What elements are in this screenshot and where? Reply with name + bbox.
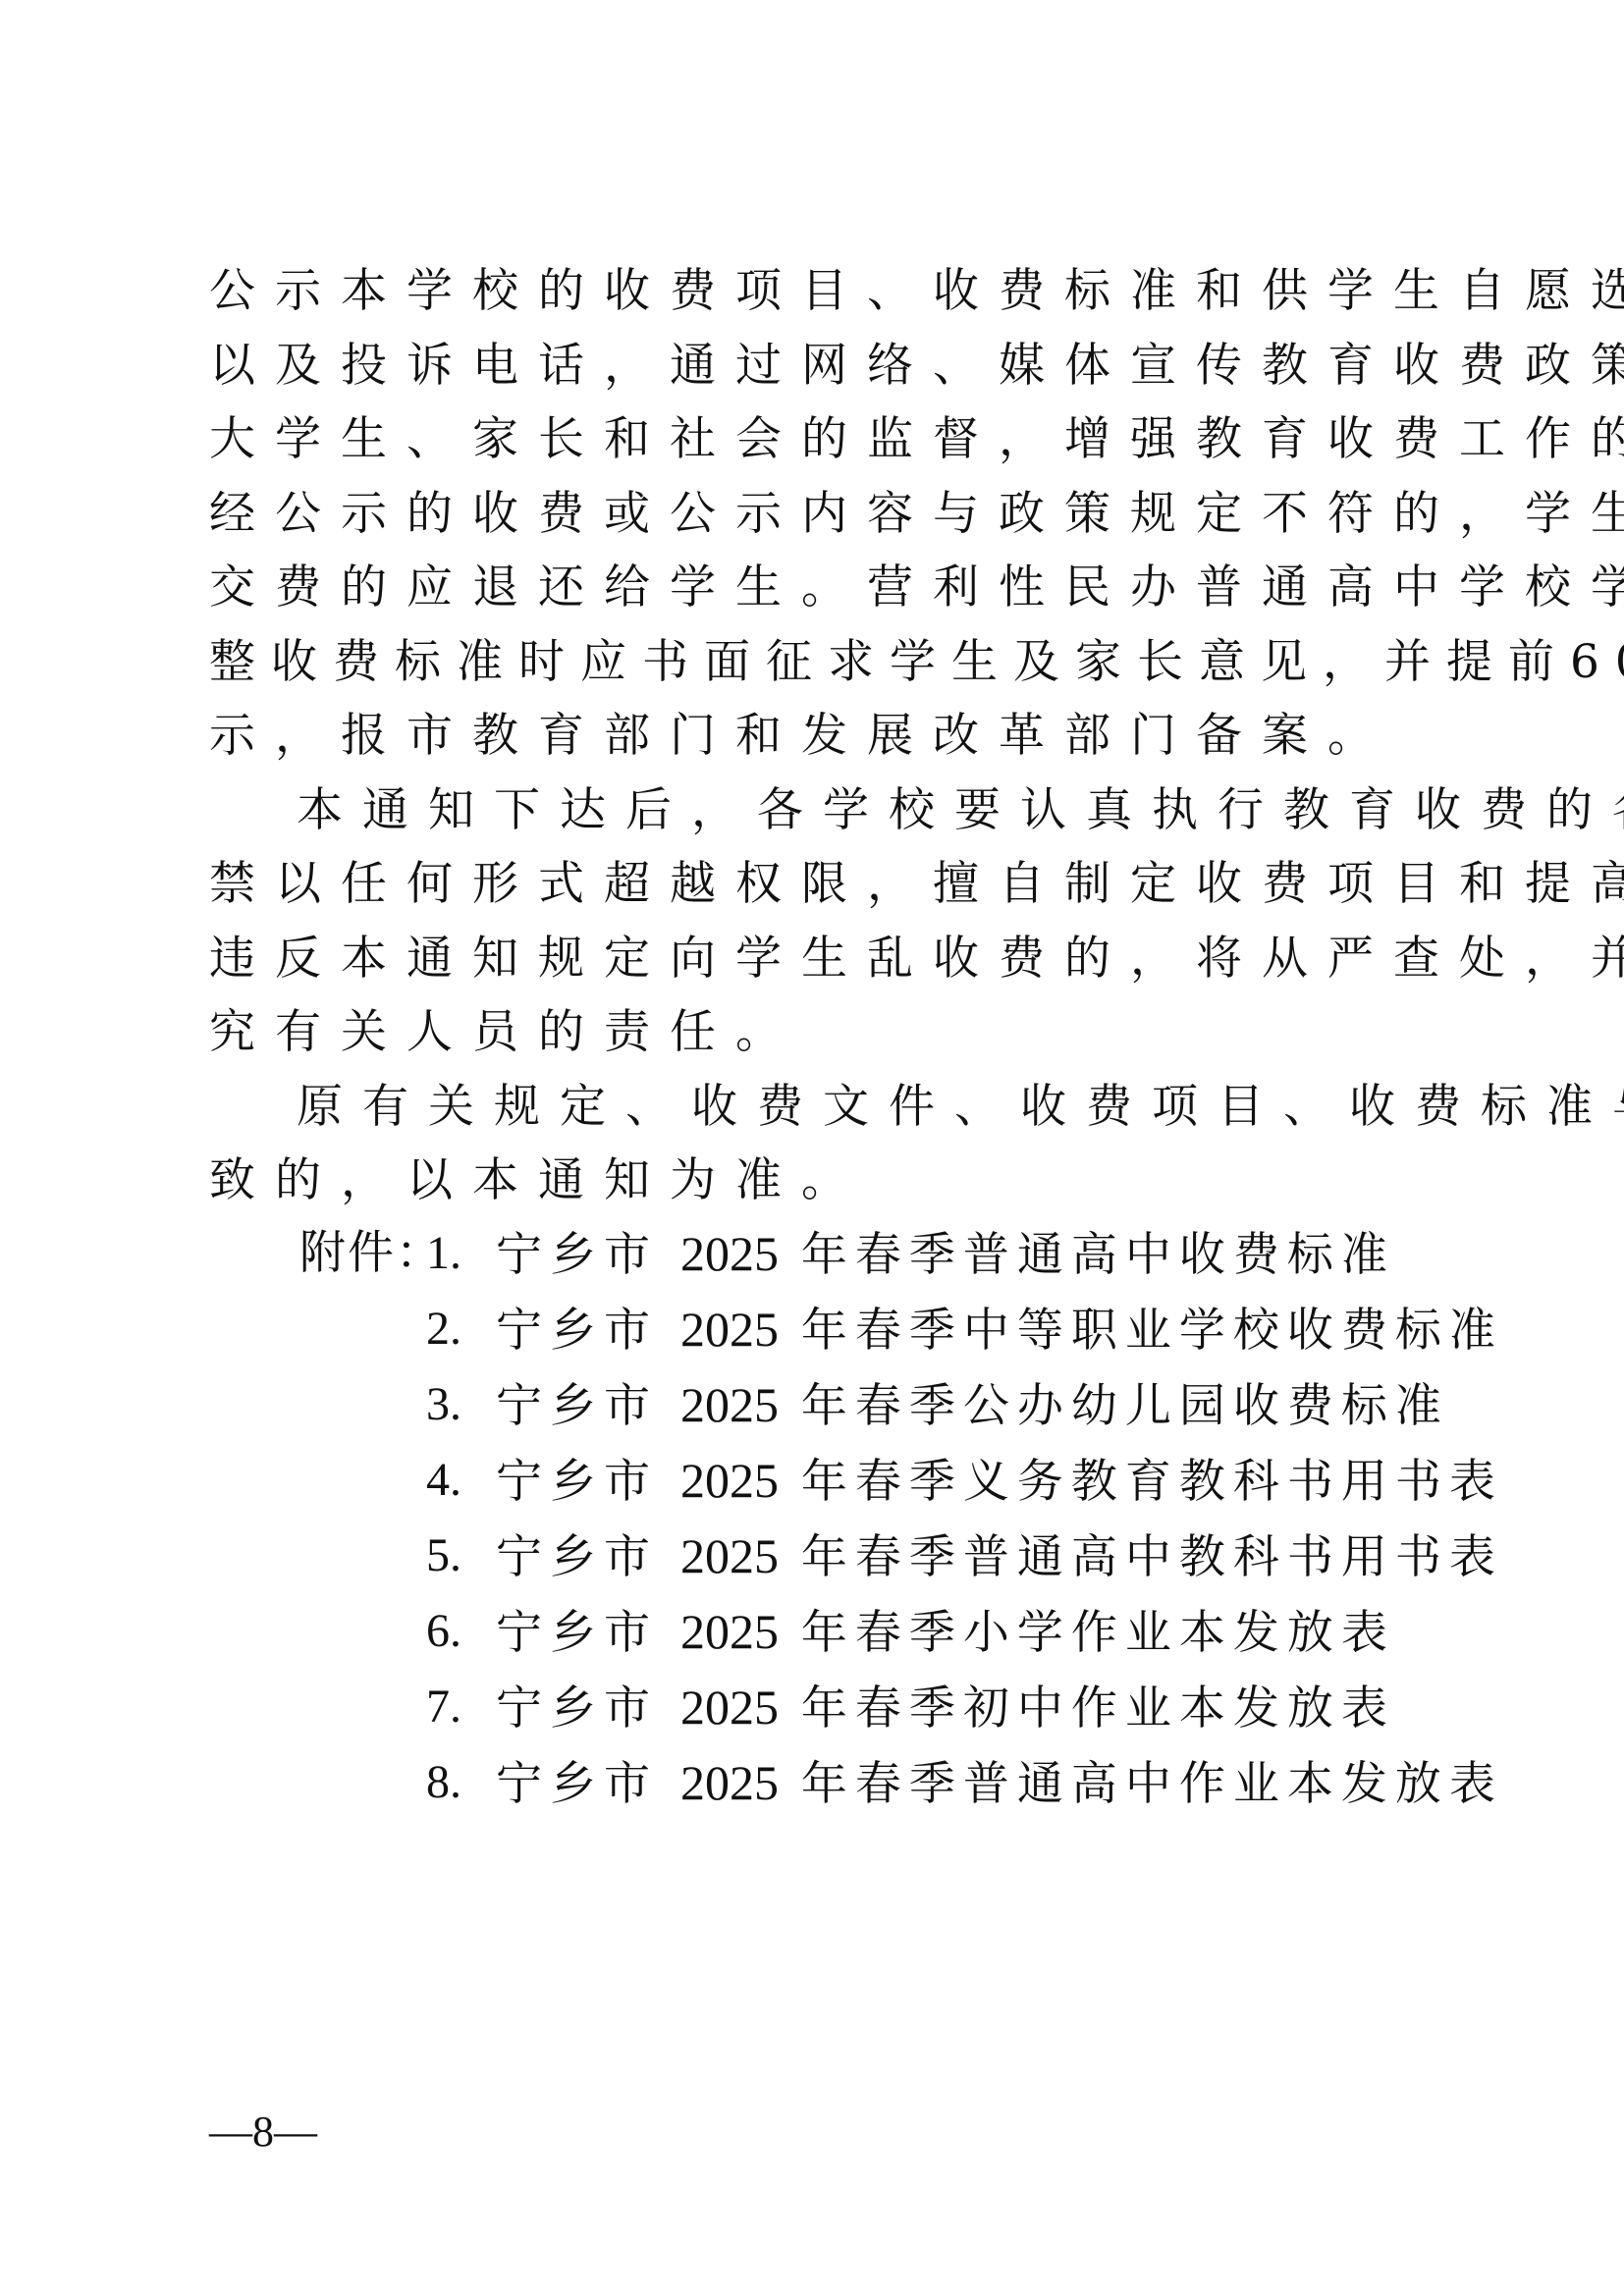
page-number: —8— [209,2108,317,2157]
paragraph-line: 致的，以本通知为准。 [209,1144,1417,1218]
paragraph-line: 本通知下达后，各学校要认真执行教育收费的各项政策，严 [297,774,1504,848]
document-page: 公示本学校的收费项目、收费标准和供学生自愿选择的收费项目 以及投诉电话，通过网络… [0,0,1624,2296]
annex-item-title: 宁乡市 2025 年春季公办幼儿园收费标准 [496,1367,1449,1442]
paragraph-line: 究有关人员的责任。 [209,995,1417,1070]
annex-item-number: 2. [426,1292,461,1366]
paragraph-line: 禁以任何形式超越权限，擅自制定收费项目和提高收费标准。对 [209,847,1417,922]
annex-item-number: 4. [426,1443,461,1518]
body-line: 以及投诉电话，通过网络、媒体宣传教育收费政策，主动接受广 [209,329,1417,403]
annex-item-number: 6. [426,1594,461,1669]
annex-item-number: 7. [426,1670,461,1744]
paragraph-line: 违反本通知规定向学生乱收费的，将从严查处，并视情节轻重追 [209,922,1417,996]
body-line: 整收费标准时应书面征求学生及家长意见，并提前60天向社会公 [209,625,1417,700]
annex-item-number: 5. [426,1519,461,1593]
body-line: 经公示的收费或公示内容与政策规定不符的，学生有权拒交，已 [209,477,1417,552]
annex-item-title: 宁乡市 2025 年春季初中作业本发放表 [496,1670,1395,1744]
annex-item-title: 宁乡市 2025 年春季普通高中作业本发放表 [496,1745,1503,1820]
annex-item-title: 宁乡市 2025 年春季普通高中收费标准 [496,1216,1395,1291]
body-line: 大学生、家长和社会的监督，增强教育收费工作的透明度。凡未 [209,402,1417,477]
annex-item-number: 8. [426,1745,461,1820]
annex-item-title: 宁乡市 2025 年春季普通高中教科书用书表 [496,1519,1503,1593]
annex-item-number: 3. [426,1367,461,1442]
annex-label: 附件： [299,1216,444,1291]
body-line: 公示本学校的收费项目、收费标准和供学生自愿选择的收费项目 [209,254,1417,329]
paragraph-line: 原有关规定、收费文件、收费项目、收费标准与本通知不一 [297,1070,1504,1145]
annex-item-number: 1. [426,1216,461,1291]
body-line: 交费的应退还给学生。营利性民办普通高中学校学费、住宿费调 [209,551,1417,625]
body-line: 示，报市教育部门和发展改革部门备案。 [209,699,1417,774]
annex-item-title: 宁乡市 2025 年春季中等职业学校收费标准 [496,1292,1503,1366]
annex-item-title: 宁乡市 2025 年春季小学作业本发放表 [496,1594,1395,1669]
annex-item-title: 宁乡市 2025 年春季义务教育教科书用书表 [496,1443,1503,1518]
